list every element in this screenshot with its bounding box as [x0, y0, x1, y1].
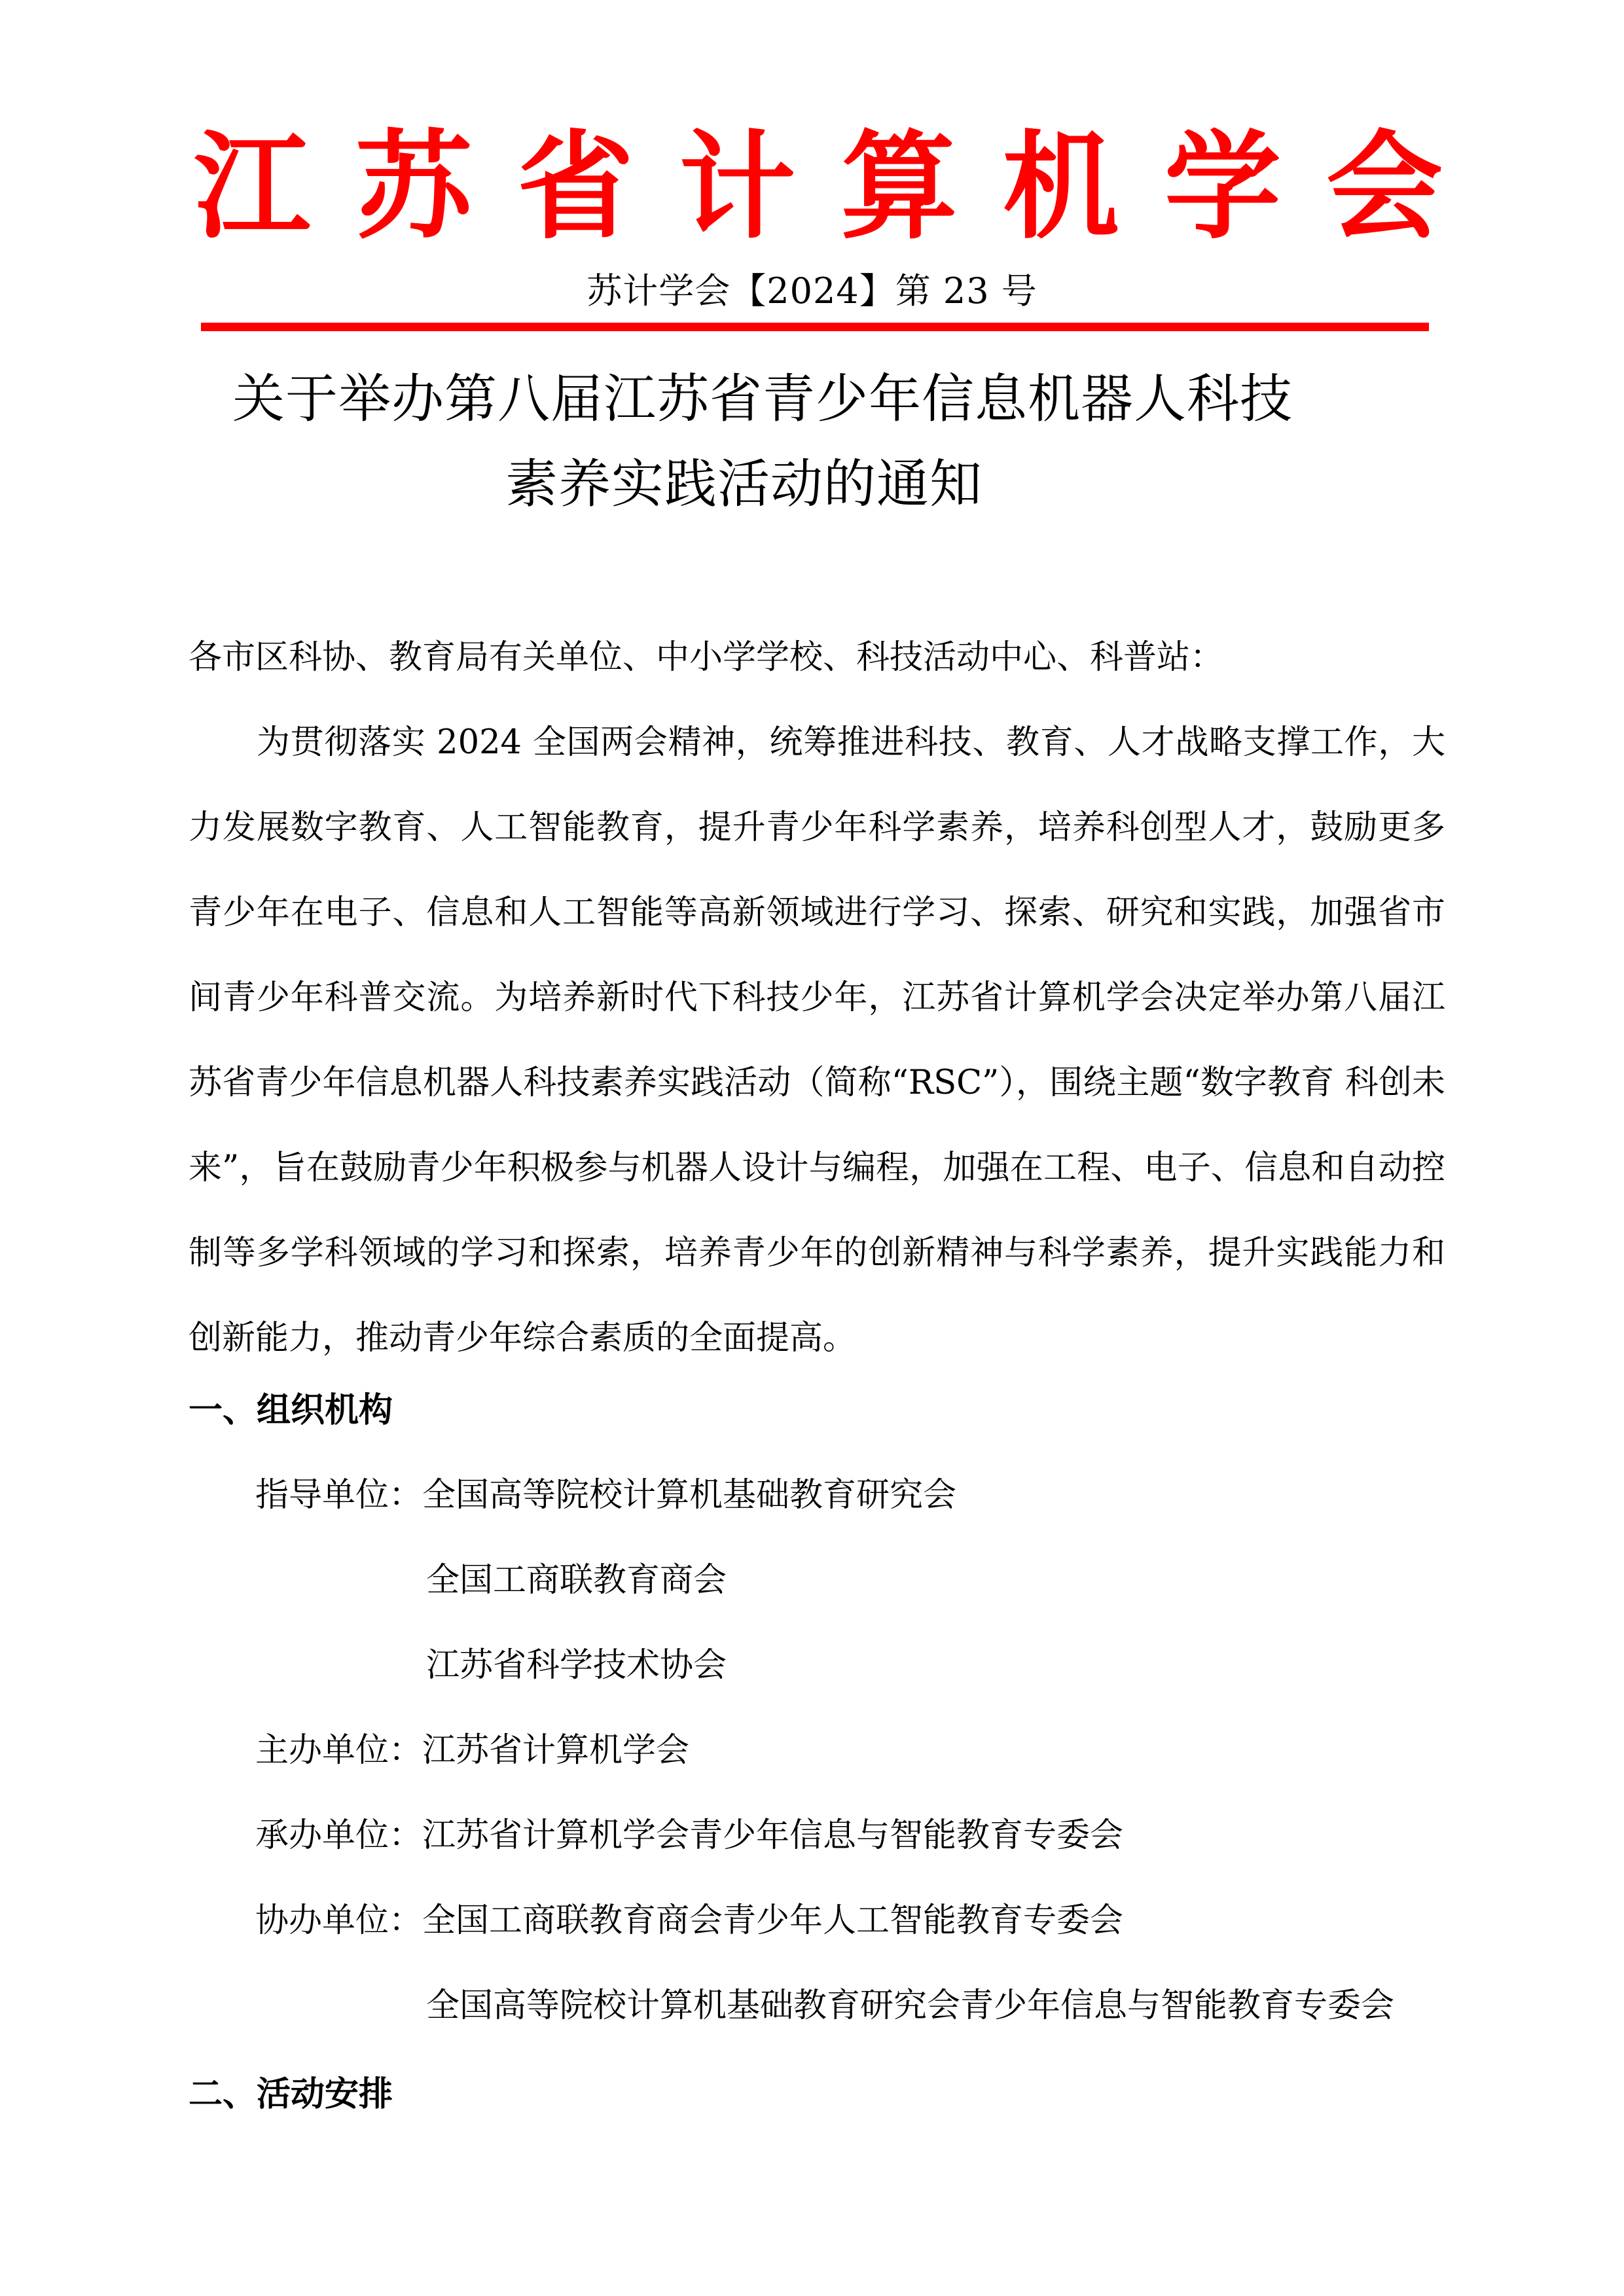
masthead-char: 省 [513, 121, 638, 252]
intro-paragraph: 为贯彻落实 2024 全国两会精神，统筹推进科技、教育、人才战略支撑工作，大力发… [189, 700, 1445, 1381]
org-row-guidance-2: 全国工商联教育商会 [426, 1558, 727, 1604]
salutation: 各市区科协、教育局有关单位、中小学学校、科技活动中心、科普站： [189, 615, 1445, 700]
org-row-co-organizer-2: 全国高等院校计算机基础教育研究会青少年信息与智能教育专委会 [426, 1983, 1394, 2029]
masthead-char: 学 [1161, 121, 1285, 252]
org-value: 江苏省计算机学会 [422, 1731, 689, 1770]
masthead-org-name: 江 苏 省 计 算 机 学 会 [190, 121, 1447, 252]
red-divider-rule [201, 323, 1429, 331]
org-row-guidance: 指导单位：全国高等院校计算机基础教育研究会 [255, 1473, 956, 1518]
section-heading-organization: 一、组织机构 [189, 1388, 393, 1433]
org-row-organizer: 承办单位：江苏省计算机学会青少年信息与智能教育专委会 [255, 1813, 1123, 1859]
org-value: 江苏省计算机学会青少年信息与智能教育专委会 [422, 1816, 1123, 1855]
document-number: 苏计学会【2024】第 23 号 [0, 268, 1624, 314]
org-value: 江苏省科学技术协会 [426, 1646, 727, 1685]
masthead-char: 会 [1322, 121, 1447, 252]
org-row-guidance-3: 江苏省科学技术协会 [426, 1643, 727, 1689]
org-label: 承办单位： [255, 1813, 422, 1859]
org-value: 全国工商联教育商会 [426, 1561, 727, 1600]
org-value: 全国工商联教育商会青少年人工智能教育专委会 [422, 1901, 1123, 1940]
org-row-host: 主办单位：江苏省计算机学会 [255, 1728, 689, 1774]
document-page: 江 苏 省 计 算 机 学 会 苏计学会【2024】第 23 号 关于举办第八届… [0, 0, 1624, 2296]
masthead-char: 苏 [352, 121, 476, 252]
section-heading-activity-schedule: 二、活动安排 [189, 2072, 393, 2117]
org-label: 协办单位： [255, 1898, 422, 1944]
masthead-char: 江 [190, 121, 314, 252]
org-row-co-organizer: 协办单位：全国工商联教育商会青少年人工智能教育专委会 [255, 1898, 1123, 1944]
document-title-line-2: 素养实践活动的通知 [0, 452, 1624, 517]
org-value: 全国高等院校计算机基础教育研究会 [422, 1476, 956, 1515]
org-label: 主办单位： [255, 1728, 422, 1774]
org-label: 指导单位： [255, 1473, 422, 1518]
masthead-char: 计 [675, 121, 799, 252]
masthead-char: 机 [999, 121, 1123, 252]
document-title-line-1: 关于举办第八届江苏省青少年信息机器人科技 [0, 367, 1624, 432]
masthead-char: 算 [837, 121, 962, 252]
org-value: 全国高等院校计算机基础教育研究会青少年信息与智能教育专委会 [426, 1986, 1394, 2025]
